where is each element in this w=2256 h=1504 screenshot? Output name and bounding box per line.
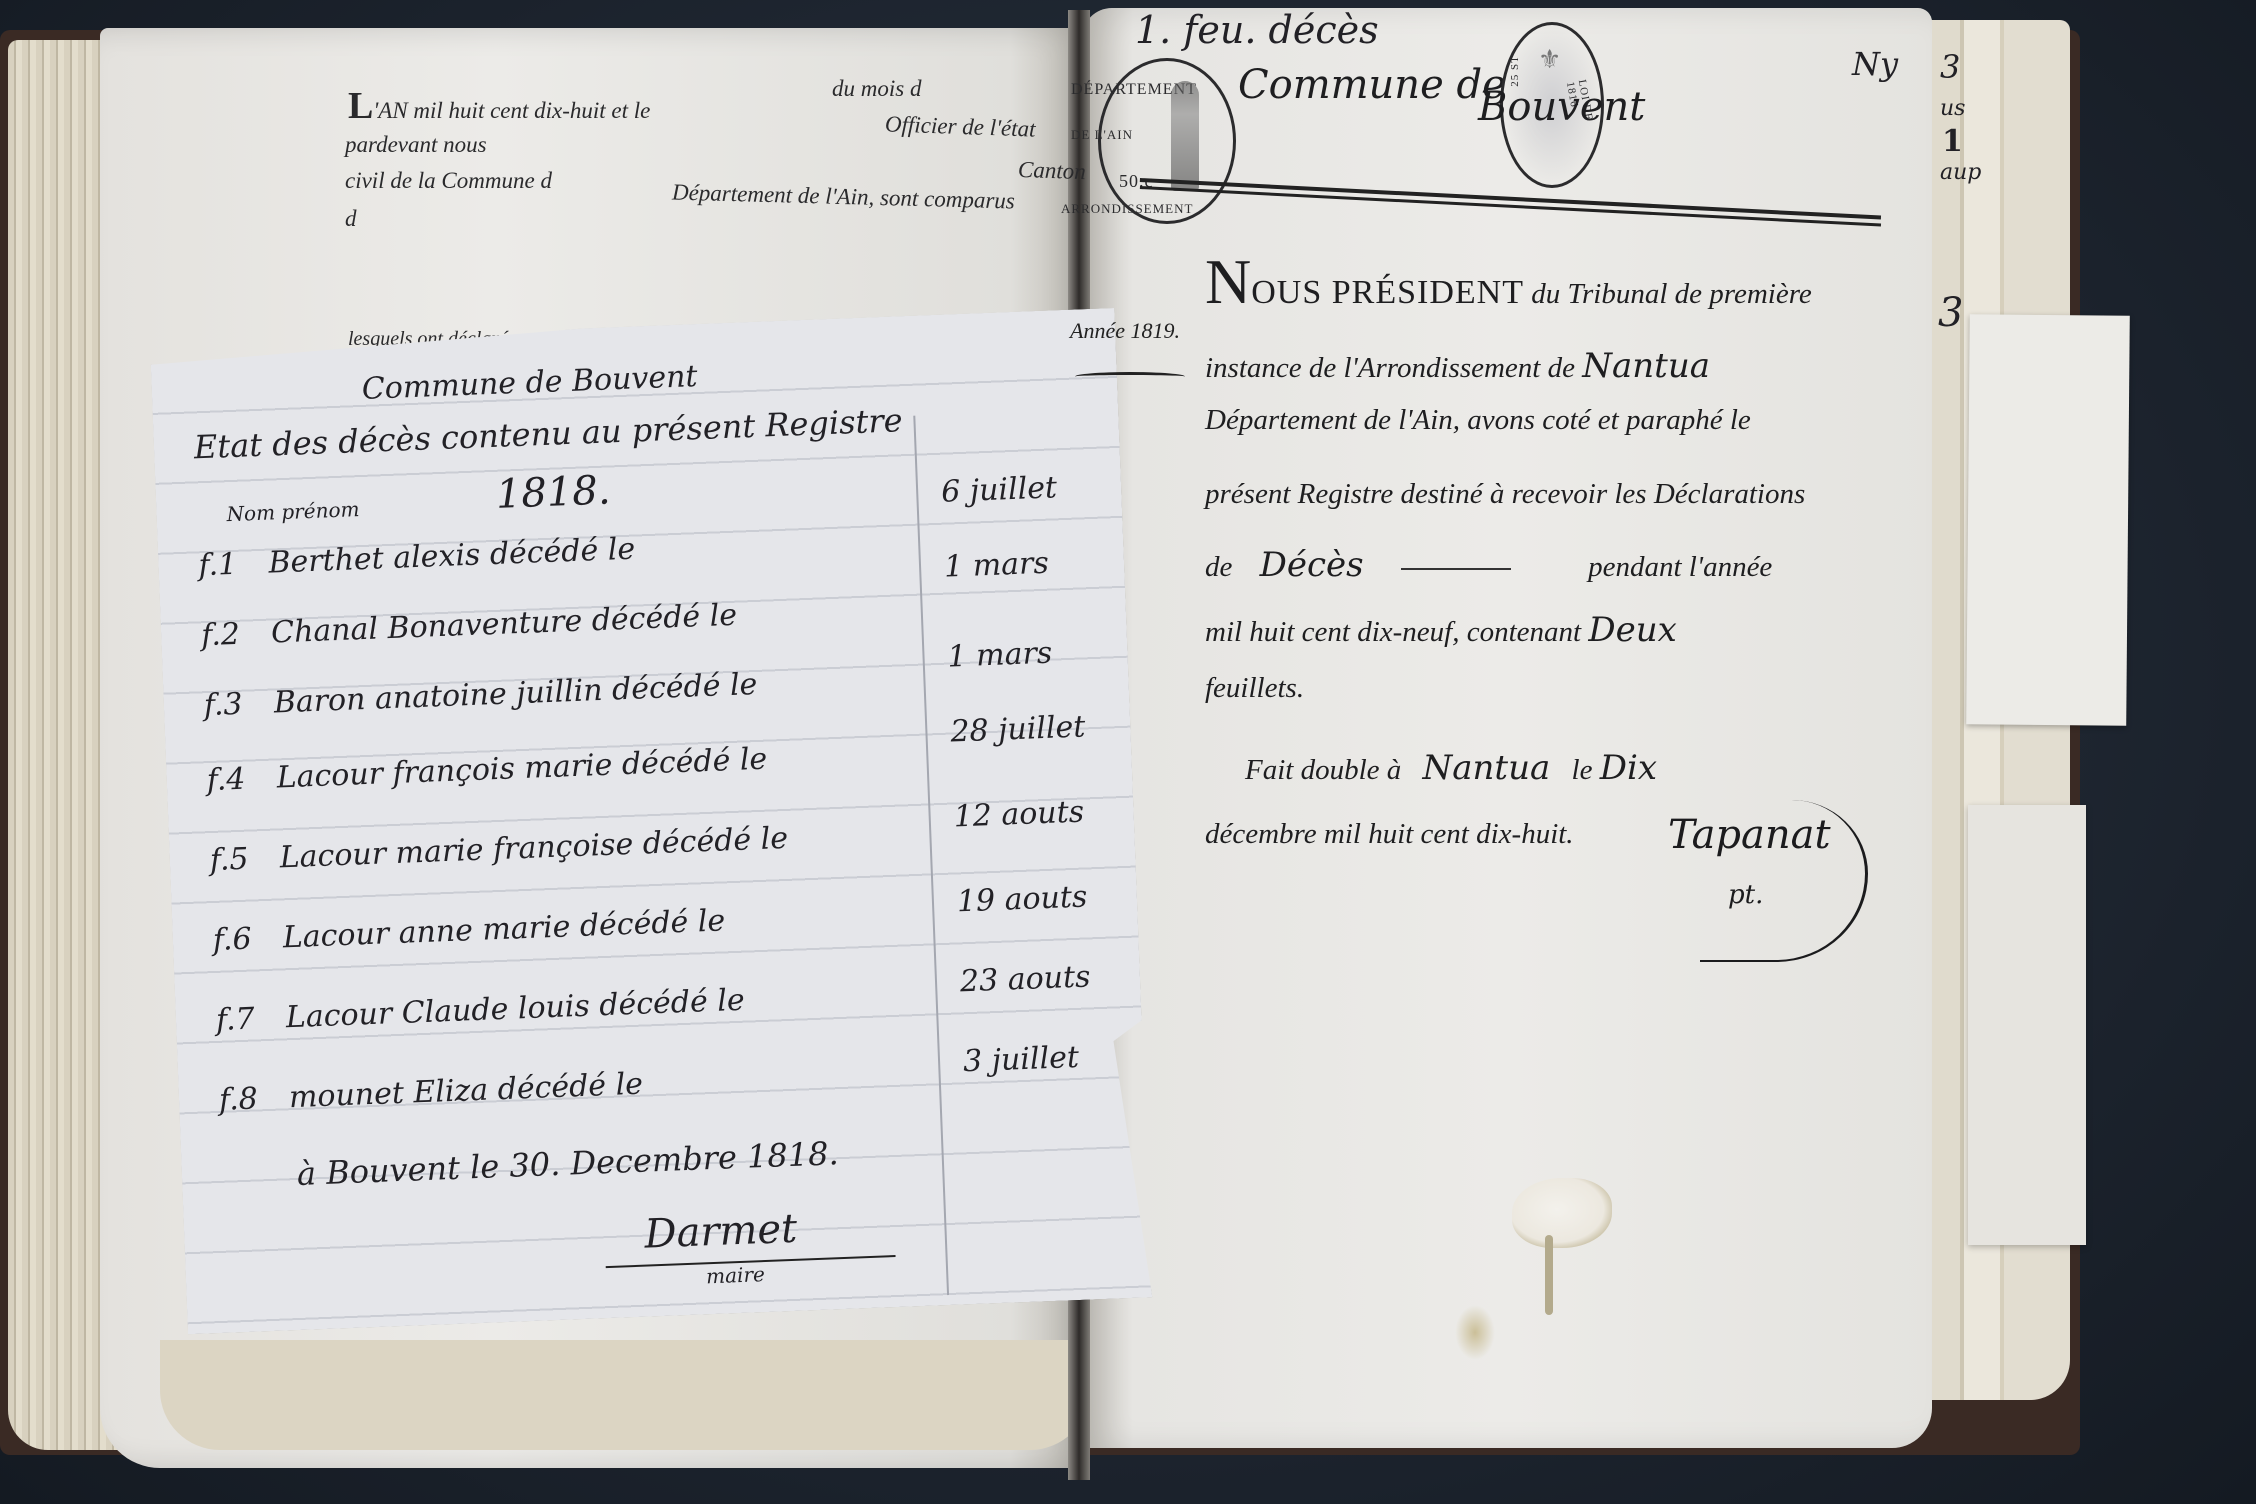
entry-date: 19 aouts bbox=[956, 879, 1088, 919]
body-line-5: de Décès pendant l'année bbox=[1205, 545, 1772, 585]
dropcap: L bbox=[348, 85, 373, 127]
entry-folio: f.6 bbox=[212, 921, 273, 958]
entry-folio: f.8 bbox=[218, 1081, 279, 1118]
top-annotation: 1. feu. décès bbox=[1135, 8, 1379, 52]
handwritten-register-type: Décès bbox=[1260, 545, 1364, 585]
body-text: du Tribunal de première bbox=[1531, 278, 1812, 310]
entry-folio: f.2 bbox=[201, 616, 262, 653]
entry-date: 12 aouts bbox=[953, 795, 1085, 835]
handwritten-arrondissement: Nantua bbox=[1582, 346, 1710, 386]
column-header: Nom prénom bbox=[226, 497, 360, 526]
form-text: 'AN mil huit cent dix-huit et le bbox=[373, 98, 650, 123]
entry-folio: f.4 bbox=[206, 761, 267, 798]
mayor-signature: Darmet bbox=[644, 1206, 798, 1258]
form-line-1-right: du mois d bbox=[832, 76, 921, 102]
entry-date: 3 juillet bbox=[962, 1040, 1079, 1079]
handwritten-place: Nantua bbox=[1423, 748, 1551, 788]
entry-date: 28 juillet bbox=[950, 709, 1086, 749]
margin-note: aup bbox=[1940, 160, 1981, 185]
mayor-title: maire bbox=[706, 1262, 766, 1288]
form-line-3-right: Canton bbox=[1018, 157, 1087, 185]
corner-mark: Ny bbox=[1852, 45, 1898, 83]
body-text: pendant l'année bbox=[1588, 551, 1772, 583]
handwritten-page-count: Deux bbox=[1588, 610, 1676, 650]
decorative-flourish bbox=[1075, 372, 1185, 381]
margin-note: 3 bbox=[1938, 290, 1963, 336]
form-line-1: L'AN mil huit cent dix-huit et le bbox=[348, 84, 650, 128]
water-stain-drip bbox=[1545, 1235, 1553, 1315]
entry-folio: f.5 bbox=[209, 841, 270, 878]
entry-folio: f.7 bbox=[215, 1001, 276, 1038]
dropcap: N bbox=[1205, 246, 1251, 317]
body-line-3: Département de l'Ain, avons coté et para… bbox=[1205, 404, 1751, 437]
body-text: le bbox=[1572, 754, 1593, 786]
water-stain bbox=[1512, 1178, 1612, 1248]
fill-line bbox=[1401, 568, 1511, 570]
entry-folio: f.1 bbox=[198, 546, 259, 583]
margin-note: 3 bbox=[1940, 48, 1960, 86]
handwritten-death-list-slip: Commune de Bouvent Etat des décès conten… bbox=[150, 308, 1152, 1334]
body-line-7: feuillets. bbox=[1205, 672, 1304, 705]
margin-note: 1 bbox=[1942, 124, 1963, 159]
body-text: Fait double à bbox=[1245, 754, 1401, 786]
body-text: de bbox=[1205, 551, 1232, 583]
body-line-4: présent Registre destiné à recevoir les … bbox=[1205, 478, 1805, 511]
stamp-middle-text: DE L'AIN bbox=[1071, 127, 1133, 143]
form-line-3-left: civil de la Commune d bbox=[345, 168, 552, 194]
inserted-paper-slip-lower bbox=[1968, 805, 2086, 1245]
body-line-1: NOUS PRÉSIDENT du Tribunal de première bbox=[1205, 245, 1812, 319]
entry-date: 1 mars bbox=[943, 546, 1049, 585]
body-line-6: mil huit cent dix-neuf, contenant Deux bbox=[1205, 610, 1677, 650]
tax-stamp-left-text: 25 ST bbox=[1509, 55, 1521, 87]
stamp-bottom-text: ARRONDISSEMENT bbox=[1061, 201, 1193, 217]
body-line-8: Fait double à Nantua le Dix bbox=[1245, 748, 1657, 788]
body-text: mil huit cent dix-neuf, contenant bbox=[1205, 616, 1581, 648]
crown-fleur-de-lis-icon: ⚜ bbox=[1538, 45, 1561, 75]
foxing-spot bbox=[1455, 1305, 1495, 1360]
body-line-9: décembre mil huit cent dix-huit. bbox=[1205, 818, 1574, 851]
commune-name: Bouvent bbox=[1478, 84, 1645, 130]
left-page-bottom-edge bbox=[160, 1340, 1090, 1450]
commune-label: Commune de bbox=[1238, 62, 1506, 108]
slip-year: 1818. bbox=[495, 467, 611, 517]
entry-folio: f.3 bbox=[203, 686, 264, 723]
president-heading: OUS PRÉSIDENT bbox=[1251, 274, 1524, 311]
body-text: instance de l'Arrondissement de bbox=[1205, 352, 1575, 384]
entry-date: 23 aouts bbox=[959, 959, 1091, 999]
justice-figure-icon bbox=[1171, 81, 1199, 191]
body-line-2: instance de l'Arrondissement de Nantua bbox=[1205, 346, 1710, 386]
form-line-2-right: Officier de l'état bbox=[885, 111, 1036, 142]
form-line-4-left: d bbox=[345, 206, 357, 232]
entry-date: 1 mars bbox=[947, 636, 1053, 675]
margin-note: us bbox=[1940, 96, 1965, 121]
entry-date: 6 juillet bbox=[941, 470, 1058, 509]
form-line-2-left: pardevant nous bbox=[345, 132, 487, 158]
handwritten-day: Dix bbox=[1600, 748, 1657, 788]
departement-stamp: DÉPARTEMENT DE L'AIN 50.c ARRONDISSEMENT bbox=[1098, 58, 1236, 224]
inserted-paper-slip bbox=[1966, 314, 2130, 725]
register-year-label: Année 1819. bbox=[1070, 318, 1180, 344]
right-page bbox=[1082, 8, 1932, 1448]
